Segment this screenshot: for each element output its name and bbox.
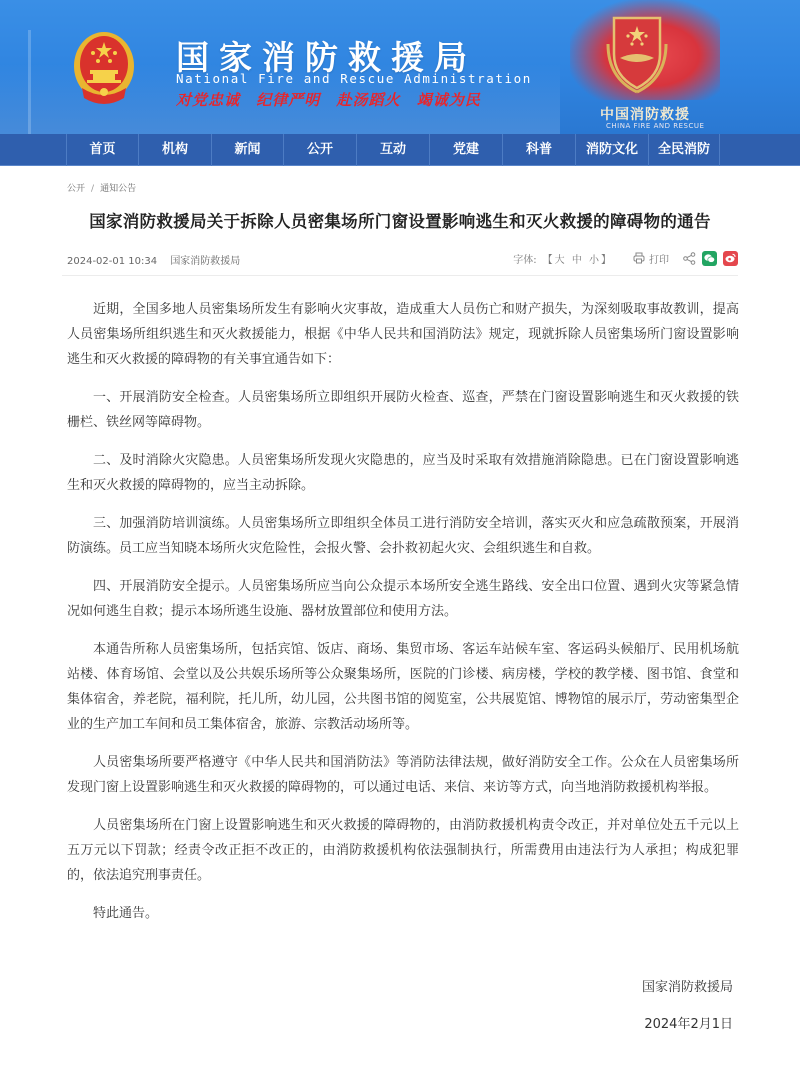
fire-rescue-badge-icon [602, 14, 672, 94]
article-meta: 2024-02-01 10:34 国家消防救援局 [67, 252, 240, 267]
meta-divider [62, 275, 738, 276]
print-button[interactable]: 打印 [633, 251, 669, 266]
header-banner: 国家消防救援局 National Fire and Rescue Adminis… [0, 0, 800, 134]
paragraph-scope: 本通告所称人员密集场所，包括宾馆、饭店、商场、集贸市场、客运车站候车室、客运码头… [67, 637, 739, 737]
paragraph-compliance: 人员密集场所要严格遵守《中华人民共和国消防法》等消防法律法规，做好消防安全工作。… [67, 750, 739, 800]
main-nav: 首页 机构 新闻 公开 互动 党建 科普 消防文化 全民消防 [0, 134, 800, 166]
share-group [683, 251, 738, 266]
paragraph-item-3: 三、加强消防培训演练。人员密集场所立即组织全体员工进行消防安全培训，落实灭火和应… [67, 511, 739, 561]
slogan-3: 赴汤蹈火 [337, 91, 401, 109]
tower-silhouette [28, 30, 31, 134]
flag-text: 中国消防救援 [600, 104, 690, 124]
flag-graphic: 中国消防救援 CHINA FIRE AND RESCUE [540, 0, 800, 134]
nav-item-public[interactable]: 公开 [283, 134, 356, 166]
paragraph-intro: 近期，全国多地人员密集场所发生有影响火灾事故，造成重大人员伤亡和财产损失，为深刻… [67, 297, 739, 372]
nav-item-science[interactable]: 科普 [502, 134, 575, 166]
wechat-icon [704, 254, 715, 263]
breadcrumb-notices[interactable]: 通知公告 [100, 184, 136, 194]
breadcrumb-separator: / [91, 184, 94, 194]
national-emblem-icon [72, 28, 136, 110]
weibo-share-button[interactable] [723, 251, 738, 266]
nav-item-fire-culture[interactable]: 消防文化 [575, 134, 648, 166]
site-title-en: National Fire and Rescue Administration [176, 71, 532, 86]
nav-item-public-fire[interactable]: 全民消防 [648, 134, 720, 166]
nav-list: 首页 机构 新闻 公开 互动 党建 科普 消防文化 全民消防 [66, 134, 720, 166]
nav-item-news[interactable]: 新闻 [211, 134, 283, 166]
font-size-label: 字体: [513, 251, 536, 266]
print-icon [633, 252, 645, 264]
wechat-share-button[interactable] [702, 251, 717, 266]
publish-source: 国家消防救援局 [170, 256, 240, 267]
signature: 国家消防救援局 [642, 976, 733, 995]
paragraph-item-4: 四、开展消防安全提示。人员密集场所应当向公众提示本场所安全逃生路线、安全出口位置… [67, 574, 739, 624]
slogan-1: 对党忠诚 [176, 91, 240, 109]
weibo-icon [725, 253, 736, 263]
slogan-line: 对党忠诚 纪律严明 赴汤蹈火 竭诚为民 [176, 89, 481, 110]
publish-date: 2024-02-01 10:34 [67, 256, 157, 267]
share-icon[interactable] [683, 252, 696, 265]
nav-item-party[interactable]: 党建 [429, 134, 502, 166]
article-body: 近期，全国多地人员密集场所发生有影响火灾事故，造成重大人员伤亡和财产损失，为深刻… [67, 297, 739, 939]
paragraph-item-2: 二、及时消除火灾隐患。人员密集场所发现火灾隐患的，应当及时采取有效措施消除隐患。… [67, 448, 739, 498]
breadcrumb: 公开/通知公告 [67, 181, 136, 194]
article-title: 国家消防救援局关于拆除人员密集场所门窗设置影响逃生和灭火救援的障碍物的通告 [0, 208, 800, 232]
slogan-2: 纪律严明 [256, 91, 320, 109]
font-size-switch[interactable]: 【大 中 小】 [543, 251, 613, 266]
nav-item-home[interactable]: 首页 [66, 134, 138, 166]
paragraph-item-1: 一、开展消防安全检查。人员密集场所立即组织开展防火检查、巡查，严禁在门窗设置影响… [67, 385, 739, 435]
article-tools: 字体: 【大 中 小】 打印 [513, 249, 738, 267]
paragraph-penalty: 人员密集场所在门窗上设置影响逃生和灭火救援的障碍物的，由消防救援机构责令改正，并… [67, 813, 739, 888]
slogan-4: 竭诚为民 [417, 91, 481, 109]
nav-item-organization[interactable]: 机构 [138, 134, 211, 166]
paragraph-closing: 特此通告。 [67, 901, 739, 926]
print-label: 打印 [649, 251, 669, 266]
sign-date: 2024年2月1日 [644, 1013, 733, 1032]
breadcrumb-public[interactable]: 公开 [67, 184, 85, 194]
flag-subtext: CHINA FIRE AND RESCUE [606, 122, 704, 130]
nav-item-interaction[interactable]: 互动 [356, 134, 429, 166]
